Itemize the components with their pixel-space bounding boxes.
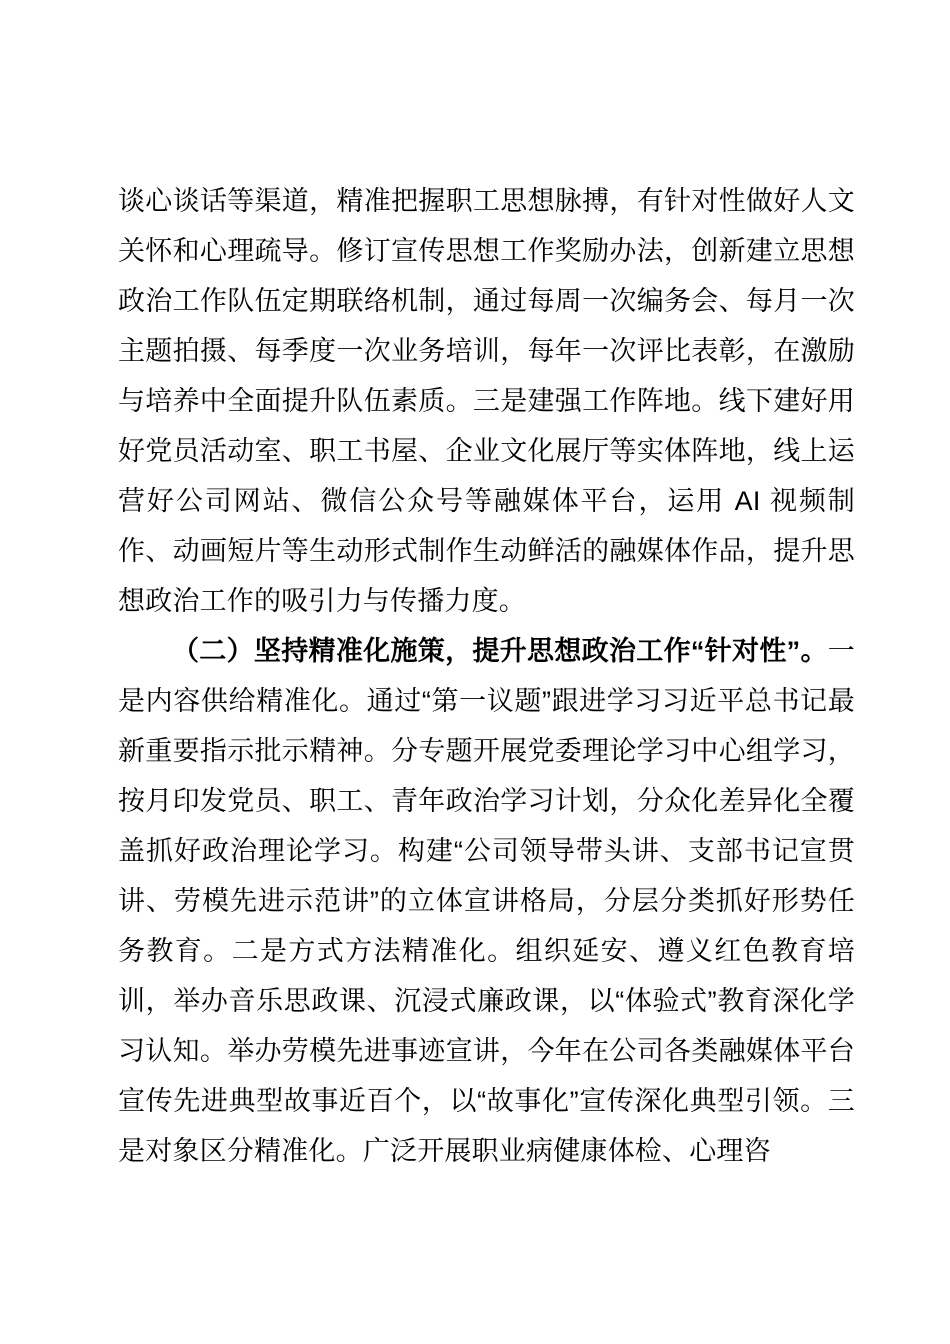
- document-page: 谈心谈话等渠道，精准把握职工思想脉搏，有针对性做好人文关怀和心理疏导。修订宣传思…: [0, 0, 950, 1344]
- paragraph-section-2-text: 一是内容供给精准化。通过“第一议题”跟进学习习近平总书记最新重要指示批示精神。分…: [118, 636, 855, 1166]
- paragraph-section-2: （二）坚持精准化施策，提升思想政治工作“针对性”。一是内容供给精准化。通过“第一…: [118, 626, 855, 1176]
- section-2-heading: （二）坚持精准化施策，提升思想政治工作“针对性”。: [172, 636, 828, 666]
- paragraph-continuation: 谈心谈话等渠道，精准把握职工思想脉搏，有针对性做好人文关怀和心理疏导。修订宣传思…: [118, 176, 855, 626]
- document-body: 谈心谈话等渠道，精准把握职工思想脉搏，有针对性做好人文关怀和心理疏导。修订宣传思…: [118, 176, 855, 1176]
- paragraph-continuation-text: 谈心谈话等渠道，精准把握职工思想脉搏，有针对性做好人文关怀和心理疏导。修订宣传思…: [118, 186, 855, 616]
